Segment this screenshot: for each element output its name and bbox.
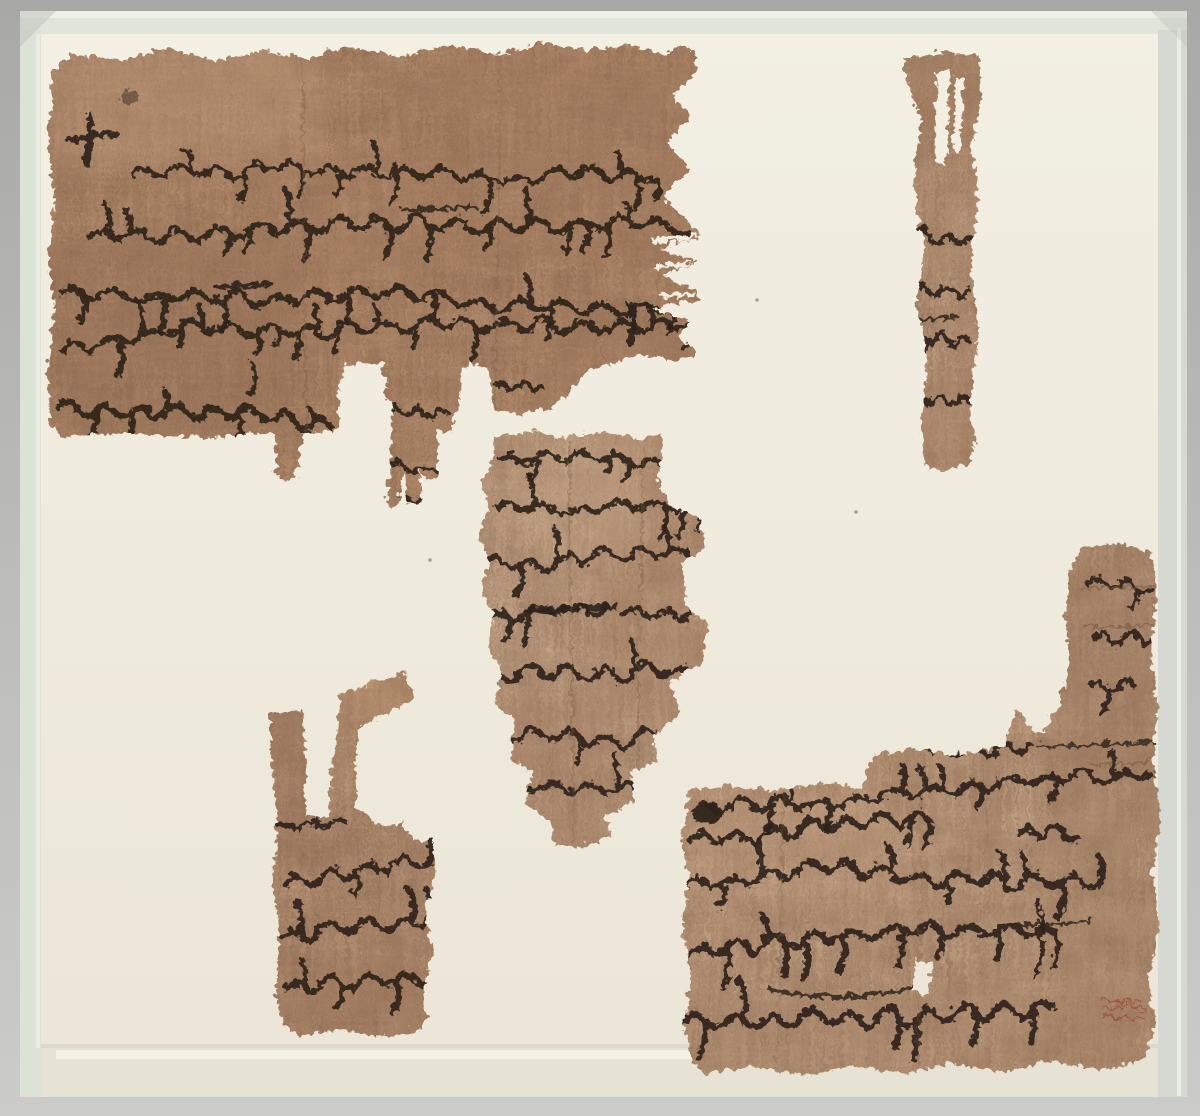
dust-speck [535,605,539,609]
dust-speck [428,558,432,562]
dust-speck [854,510,858,514]
glass-bottom-highlight [56,1050,756,1059]
glass-left-highlight [36,34,40,1048]
glass-top-edge-highlight [20,11,1187,18]
photo-papyrus-fragments: Photograph of five torn ancient papyrus … [0,0,1200,1116]
glass-right-highlight [1177,28,1181,1096]
glass-right-edge [1158,30,1187,1097]
dust-speck [755,298,759,302]
papyri-glass-mount-photo [0,0,1200,1116]
